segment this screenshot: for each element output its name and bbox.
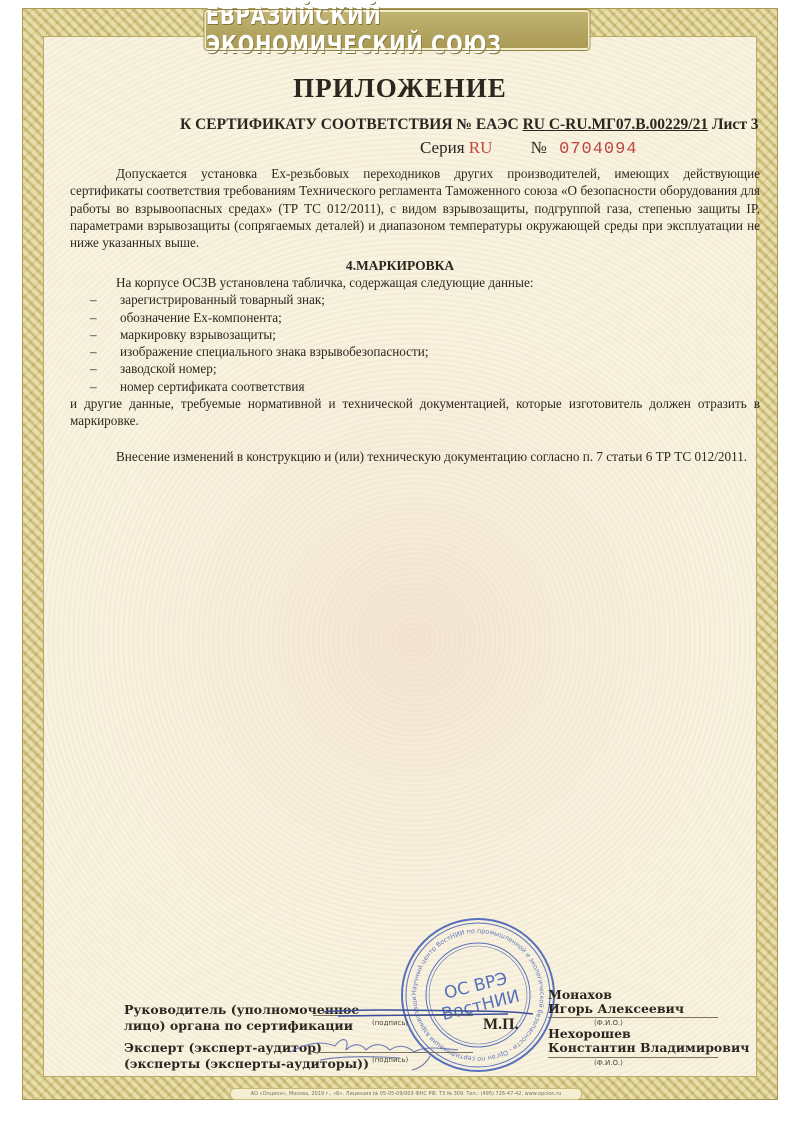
marking-item-text: обозначение Ex-компонента; (120, 310, 282, 325)
page-title: ПРИЛОЖЕНИЕ (0, 73, 800, 104)
expert-fio-hint: (Ф.И.О.) (594, 1059, 623, 1067)
series-label: Серия (420, 138, 465, 157)
bullet-dash: – (90, 343, 97, 360)
expert-signature (280, 1030, 480, 1075)
marking-section: На корпусе ОСЗВ установлена табличка, со… (70, 274, 760, 430)
sheet-number: Лист 3 (712, 116, 759, 133)
bullet-dash: – (90, 309, 97, 326)
marking-item: –зарегистрированный товарный знак; (70, 291, 760, 308)
expert-given-names: Константин Владимирович (548, 1041, 749, 1055)
marking-item-text: зарегистрированный товарный знак; (120, 292, 325, 307)
certificate-prefix: К СЕРТИФИКАТУ СООТВЕТСТВИЯ № ЕАЭС (180, 116, 519, 133)
bullet-dash: – (90, 378, 97, 395)
expert-fio: Нехорошев Константин Владимирович (548, 1027, 749, 1055)
bullet-dash: – (90, 326, 97, 343)
head-given-names: Игорь Алексеевич (548, 1002, 684, 1016)
section-title-marking: 4.МАРКИРОВКА (0, 258, 800, 274)
form-number: 0704094 (559, 140, 637, 159)
marking-item-text: номер сертификата соответствия (120, 379, 305, 394)
marking-item: –маркировку взрывозащиты; (70, 326, 760, 343)
expert-fio-line (548, 1057, 718, 1058)
marking-item: –номер сертификата соответствия (70, 378, 760, 395)
head-signature (318, 1000, 538, 1030)
marking-item: –изображение специального знака взрывобе… (70, 343, 760, 360)
paragraph-changes: Внесение изменений в конструкцию и (или)… (70, 448, 760, 465)
certificate-number: RU С-RU.МГ07.В.00229/21 (523, 116, 709, 133)
marking-item-text: маркировку взрывозащиты; (120, 327, 276, 342)
marking-tail: и другие данные, требуемые нормативной и… (70, 395, 760, 430)
marking-list: –зарегистрированный товарный знак;–обозн… (70, 291, 760, 395)
number-sign: № (531, 138, 547, 157)
marking-item: –обозначение Ex-компонента; (70, 309, 760, 326)
head-surname: Монахов (548, 988, 684, 1002)
certificate-reference: К СЕРТИФИКАТУ СООТВЕТСТВИЯ № ЕАЭС RU С-R… (180, 116, 759, 134)
bullet-dash: – (90, 291, 97, 308)
paragraph-adapters: Допускается установка Ex-резьбовых перех… (70, 165, 760, 251)
marking-lead: На корпусе ОСЗВ установлена табличка, со… (70, 274, 760, 291)
marking-item: –заводской номер; (70, 360, 760, 377)
union-banner: ЕВРАЗИЙСКИЙ ЭКОНОМИЧЕСКИЙ СОЮЗ (204, 10, 589, 50)
head-fio-line (548, 1017, 718, 1018)
form-series: Серия RU № 0704094 (420, 138, 638, 159)
marking-item-text: заводской номер; (120, 361, 217, 376)
bullet-dash: – (90, 360, 97, 377)
printer-imprint: АО «Опцион», Москва, 2019 г., «Б». Лицен… (230, 1088, 582, 1100)
head-fio: Монахов Игорь Алексеевич (548, 988, 684, 1016)
expert-surname: Нехорошев (548, 1027, 749, 1041)
marking-item-text: изображение специального знака взрывобез… (120, 344, 429, 359)
series-value: RU (469, 138, 493, 157)
